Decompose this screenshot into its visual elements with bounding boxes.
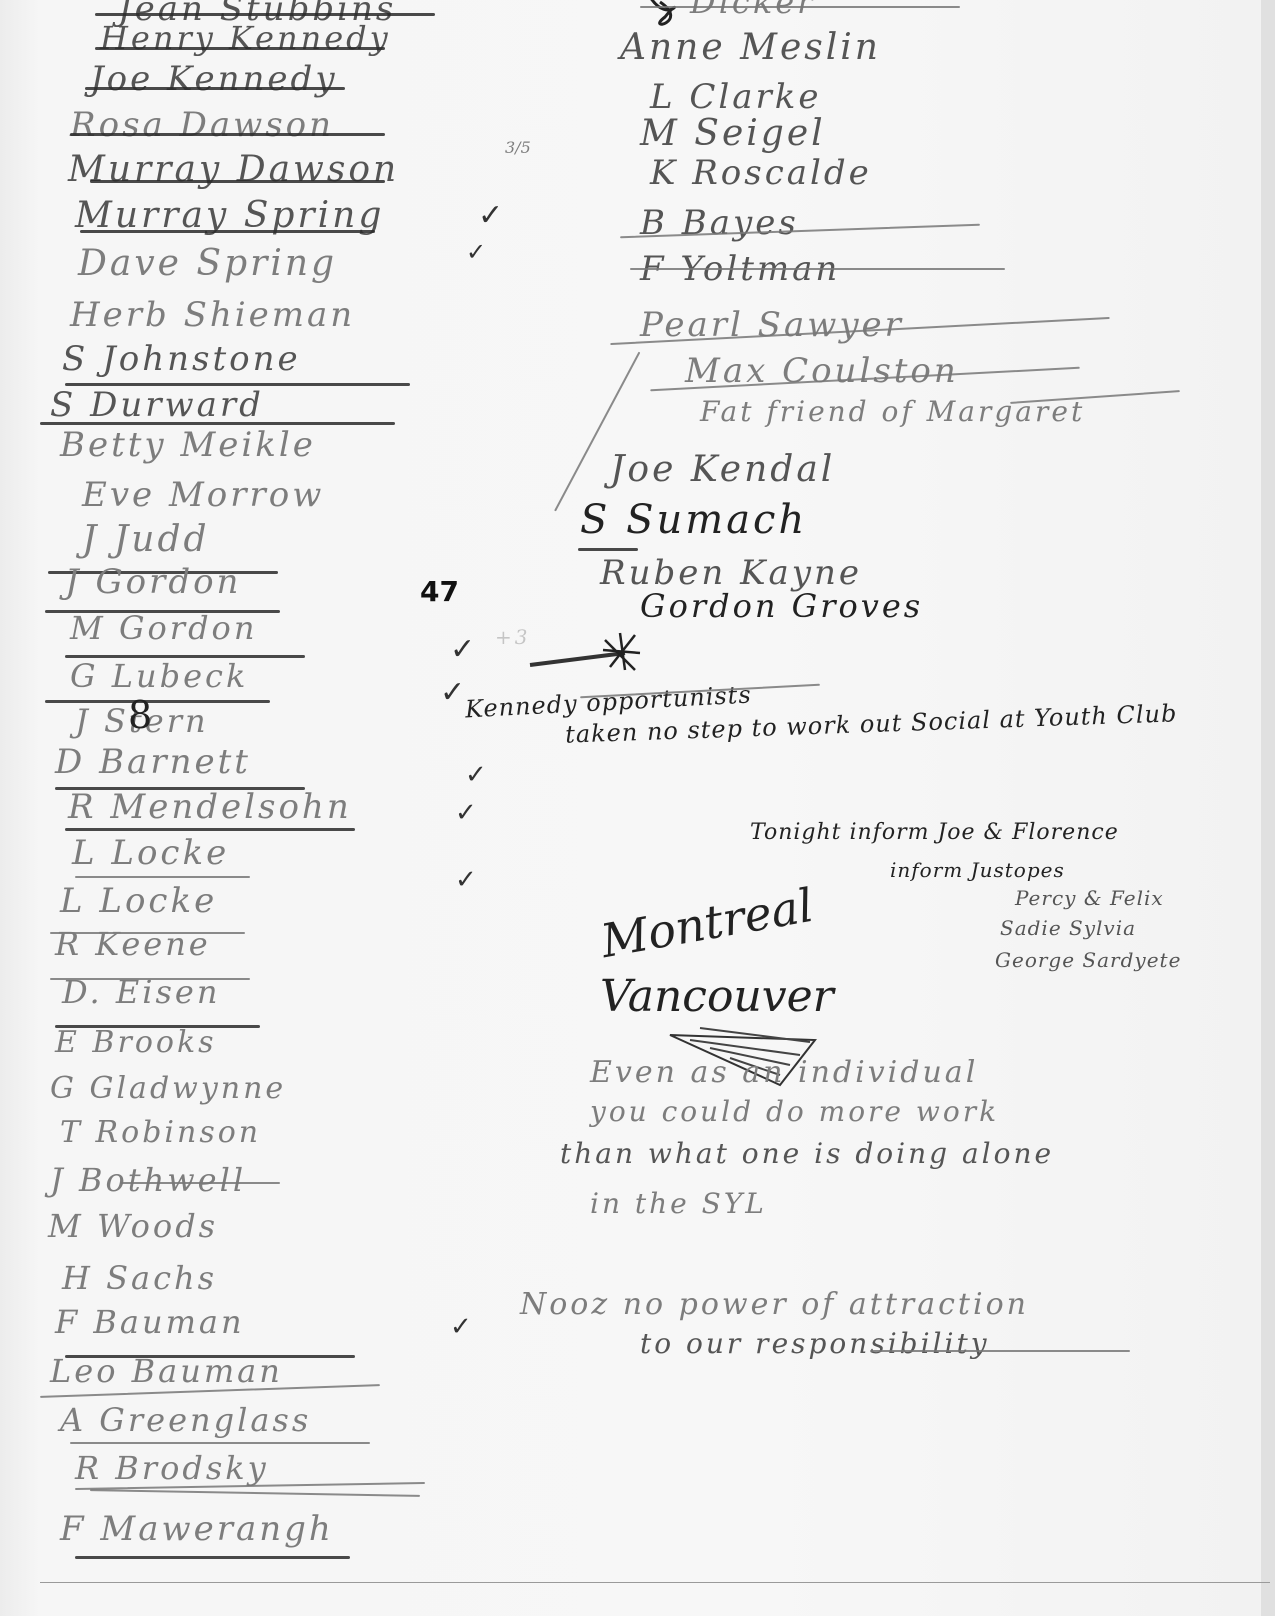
name-entry: M Gordon bbox=[70, 612, 257, 644]
strikethrough bbox=[95, 13, 435, 16]
name-entry: L Locke bbox=[72, 836, 229, 870]
note-tonight-line2: inform Justopes bbox=[890, 860, 1065, 880]
name-entry: Murray Spring bbox=[75, 198, 384, 234]
strikethrough bbox=[80, 230, 375, 233]
name-entry: D. Eisen bbox=[62, 976, 220, 1008]
checkmark-icon: ✓ bbox=[478, 198, 503, 233]
strikethrough bbox=[85, 87, 345, 90]
name-entry: Max Coulston bbox=[685, 354, 959, 388]
scribble-mark bbox=[525, 625, 655, 675]
strikethrough bbox=[90, 180, 385, 183]
note-tonight-name: Sadie Sylvia bbox=[1000, 918, 1136, 938]
name-entry: J Bothwell bbox=[50, 1164, 246, 1196]
name-entry: D Barnett bbox=[55, 745, 251, 779]
name-entry: G Gladwynne bbox=[50, 1074, 286, 1104]
name-entry: Gordon Groves bbox=[640, 590, 923, 622]
strikethrough bbox=[95, 47, 385, 50]
name-entry: Leo Bauman bbox=[50, 1355, 283, 1387]
name-entry: T Robinson bbox=[60, 1118, 261, 1148]
name-entry: G Lubeck bbox=[70, 660, 248, 692]
strikethrough bbox=[630, 268, 1005, 270]
name-entry: Joe Kendal bbox=[610, 452, 835, 488]
strikethrough bbox=[65, 828, 355, 831]
page-edge-shadow bbox=[1261, 0, 1275, 1616]
strikethrough bbox=[90, 1489, 420, 1497]
name-entry: E Brooks bbox=[55, 1028, 217, 1058]
strikethrough bbox=[578, 548, 638, 551]
name-entry: S Sumach bbox=[580, 500, 807, 540]
note-even-line1: Even as an individual bbox=[590, 1058, 978, 1088]
name-entry: S Durward bbox=[50, 388, 264, 422]
name-entry: J Judd bbox=[82, 522, 210, 558]
name-entry: F Mawerangh bbox=[60, 1512, 334, 1546]
checkmark-icon: ✓ bbox=[465, 760, 487, 790]
note-tonight-line1: Tonight inform Joe & Florence bbox=[750, 822, 1119, 844]
note-nooz-line1: Nooz no power of attraction bbox=[520, 1290, 1029, 1320]
name-entry: Herb Shieman bbox=[70, 298, 355, 332]
note-even-line4: in the SYL bbox=[590, 1190, 767, 1218]
name-entry: Eve Morrow bbox=[82, 478, 324, 512]
strikethrough bbox=[70, 1442, 370, 1444]
checkmark-icon: ✓ bbox=[466, 238, 486, 266]
count-number: 47 bbox=[420, 575, 459, 608]
name-entry: K Roscalde bbox=[650, 156, 872, 190]
note-tonight-name: Percy & Felix bbox=[1015, 888, 1164, 908]
name-entry: M Seigel bbox=[640, 116, 826, 152]
name-entry: Anne Meslin bbox=[620, 30, 881, 66]
name-entry: R Brodsky bbox=[75, 1452, 269, 1484]
name-entry: S Johnstone bbox=[62, 342, 301, 376]
name-entry: H Sachs bbox=[62, 1262, 217, 1294]
name-entry: Betty Meikle bbox=[60, 428, 316, 462]
name-entry: M Woods bbox=[48, 1210, 218, 1242]
name-entry: Dave Spring bbox=[78, 246, 337, 282]
name-entry: Pearl Sawyer bbox=[640, 308, 904, 342]
name-entry: Rosa Dawson bbox=[70, 108, 334, 142]
strikethrough bbox=[75, 1556, 350, 1559]
name-entry: A Greenglass bbox=[60, 1404, 311, 1436]
name-entry: F Bauman bbox=[55, 1306, 245, 1338]
scanned-page: Jean Stubbins Henry Kennedy Joe Kennedy … bbox=[0, 0, 1275, 1616]
note-tonight-name: George Sardyete bbox=[995, 950, 1181, 970]
tally-mark: 3/5 bbox=[505, 140, 531, 156]
strikethrough bbox=[120, 1182, 280, 1184]
checkmark-icon: ✓ bbox=[455, 865, 477, 895]
checkmark-icon: ✓ bbox=[450, 1312, 472, 1342]
note-even-line2: you could do more work bbox=[590, 1098, 999, 1126]
inline-mark: 8 bbox=[128, 696, 155, 734]
name-entry: R Mendelsohn bbox=[68, 790, 352, 824]
name-entry: L Clarke bbox=[650, 80, 822, 114]
strikethrough bbox=[870, 1350, 1130, 1352]
name-entry: Ruben Kayne bbox=[600, 556, 862, 590]
name-entry: Dicker bbox=[690, 0, 815, 18]
city-montreal: Montreal bbox=[598, 882, 817, 965]
name-entry: Joe Kennedy bbox=[90, 62, 338, 96]
strikethrough bbox=[640, 6, 960, 8]
name-entry: R Keene bbox=[55, 928, 211, 960]
strikethrough bbox=[75, 876, 250, 878]
checkmark-icon: ✓ bbox=[440, 675, 465, 710]
checkmark-icon: ✓ bbox=[450, 632, 475, 667]
city-vancouver: Vancouver bbox=[600, 975, 834, 1019]
checkmark-icon: ✓ bbox=[455, 798, 477, 828]
page-bottom-edge bbox=[40, 1582, 1270, 1583]
name-entry: L Locke bbox=[60, 884, 217, 918]
strikethrough bbox=[70, 133, 385, 136]
name-entry: J Gordon bbox=[65, 565, 241, 599]
note-even-line3: than what one is doing alone bbox=[560, 1140, 1054, 1168]
note-nooz-line2: to our responsibility bbox=[640, 1330, 990, 1358]
